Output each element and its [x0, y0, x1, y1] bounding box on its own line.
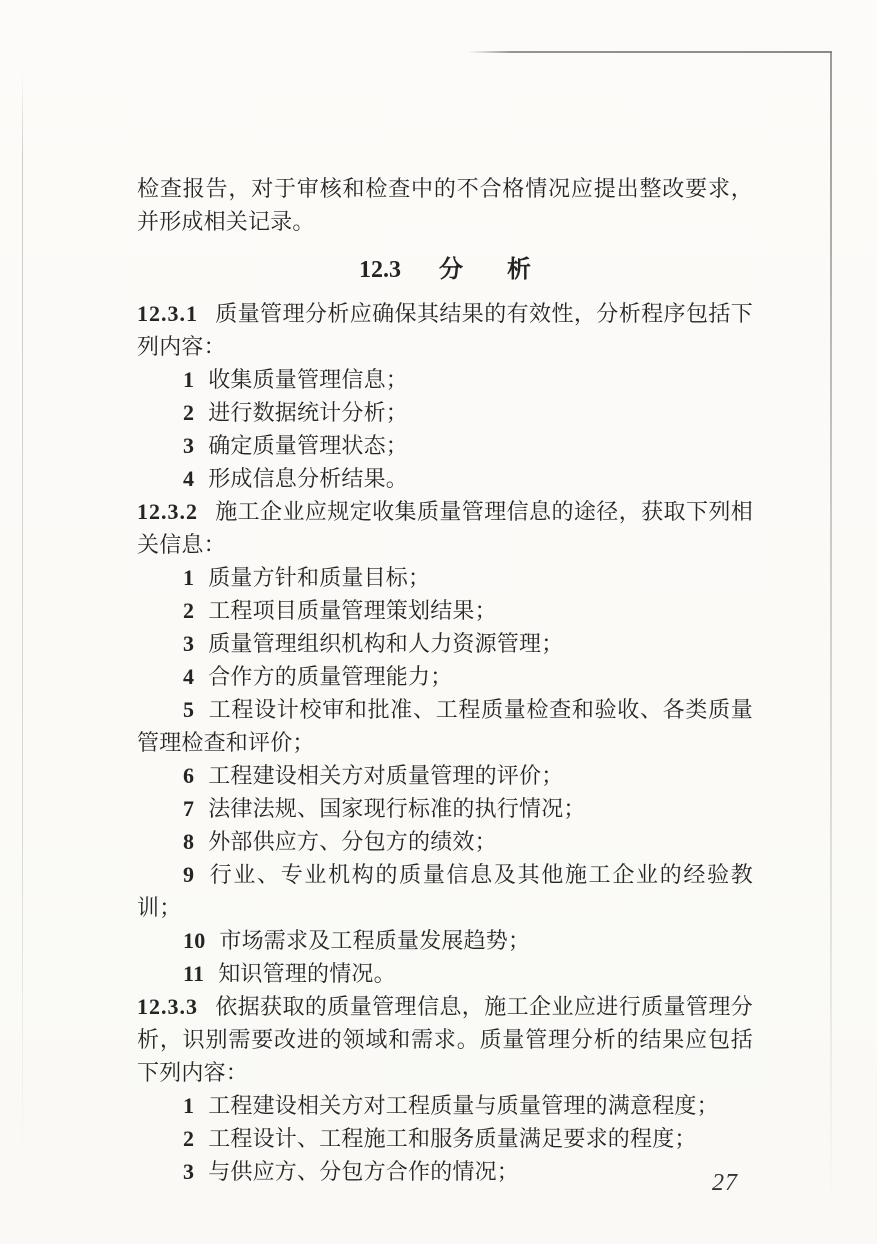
clause-item: 8外部供应方、分包方的绩效； [137, 825, 753, 858]
right-scan-edge-line [830, 52, 832, 1212]
clause-number: 12.3.3 [137, 994, 215, 1019]
clause-item: 5工程设计校审和批准、工程质量检查和验收、各类质量管理检查和评价； [137, 693, 753, 759]
item-text: 工程设计、工程施工和服务质量满足要求的程度； [208, 1126, 696, 1151]
intro-continuation-paragraph: 检查报告，对于审核和检查中的不合格情况应提出整改要求，并形成相关记录。 [137, 172, 753, 238]
item-text: 外部供应方、分包方的绩效； [208, 829, 497, 854]
item-text: 与供应方、分包方合作的情况； [208, 1159, 519, 1184]
section-heading-number: 12.3 [359, 257, 401, 283]
clause-item: 3确定质量管理状态； [137, 429, 753, 462]
top-scan-edge-line [468, 51, 832, 53]
clause-item: 4合作方的质量管理能力； [137, 660, 753, 693]
item-number: 3 [183, 433, 208, 458]
item-text: 收集质量管理信息； [208, 367, 408, 392]
section-heading: 12.3分析 [137, 253, 753, 287]
item-number: 5 [183, 697, 208, 722]
clause-item: 1工程建设相关方对工程质量与质量管理的满意程度； [137, 1089, 753, 1122]
clause-item: 11知识管理的情况。 [137, 957, 753, 990]
clause-text: 质量管理分析应确保其结果的有效性，分析程序包括下列内容： [137, 301, 753, 359]
item-number: 1 [183, 1093, 208, 1118]
clause-item: 2进行数据统计分析； [137, 396, 753, 429]
left-scan-edge-line [22, 72, 23, 1167]
item-number: 2 [183, 1126, 208, 1151]
section-heading-word1: 分 [439, 257, 463, 283]
clause-item: 4形成信息分析结果。 [137, 462, 753, 495]
item-text: 工程建设相关方对工程质量与质量管理的满意程度； [208, 1093, 719, 1118]
item-text: 合作方的质量管理能力； [208, 664, 452, 689]
item-text: 市场需求及工程质量发展趋势； [219, 928, 530, 953]
item-text: 工程项目质量管理策划结果； [208, 598, 497, 623]
item-text: 质量方针和质量目标； [208, 565, 430, 590]
item-text: 进行数据统计分析； [208, 400, 408, 425]
item-number: 1 [183, 367, 208, 392]
clause-12-3-3: 12.3.3依据获取的质量管理信息，施工企业应进行质量管理分析，识别需要改进的领… [137, 990, 753, 1089]
item-text: 质量管理组织机构和人力资源管理； [208, 631, 563, 656]
item-number: 3 [183, 1159, 208, 1184]
clause-item: 10市场需求及工程质量发展趋势； [137, 924, 753, 957]
item-number: 4 [183, 466, 208, 491]
item-number: 10 [183, 928, 219, 953]
scanned-document-page: 检查报告，对于审核和检查中的不合格情况应提出整改要求，并形成相关记录。 12.3… [0, 0, 877, 1244]
item-text: 工程建设相关方对质量管理的评价； [208, 763, 563, 788]
item-number: 9 [183, 862, 208, 887]
clause-12-3-2: 12.3.2施工企业应规定收集质量管理信息的途径，获取下列相关信息： [137, 495, 753, 561]
clause-number: 12.3.2 [137, 499, 215, 524]
page-number: 27 [712, 1170, 738, 1197]
clause-item: 3质量管理组织机构和人力资源管理； [137, 627, 753, 660]
clause-item: 1质量方针和质量目标； [137, 561, 753, 594]
item-number: 11 [183, 961, 218, 986]
item-number: 7 [183, 796, 208, 821]
clause-item: 3与供应方、分包方合作的情况； [137, 1155, 753, 1188]
clause-12-3-1: 12.3.1质量管理分析应确保其结果的有效性，分析程序包括下列内容： [137, 297, 753, 363]
clause-item: 7法律法规、国家现行标准的执行情况； [137, 792, 753, 825]
clause-item: 2工程项目质量管理策划结果； [137, 594, 753, 627]
section-heading-word2: 析 [507, 257, 531, 283]
item-number: 8 [183, 829, 208, 854]
clause-text: 施工企业应规定收集质量管理信息的途径，获取下列相关信息： [137, 499, 753, 557]
clause-item: 6工程建设相关方对质量管理的评价； [137, 759, 753, 792]
item-text: 形成信息分析结果。 [208, 466, 408, 491]
item-text: 知识管理的情况。 [218, 961, 396, 986]
item-text: 法律法规、国家现行标准的执行情况； [208, 796, 585, 821]
clause-number: 12.3.1 [137, 301, 215, 326]
clause-item: 1收集质量管理信息； [137, 363, 753, 396]
item-number: 4 [183, 664, 208, 689]
item-number: 1 [183, 565, 208, 590]
item-number: 6 [183, 763, 208, 788]
item-number: 2 [183, 400, 208, 425]
item-text: 确定质量管理状态； [208, 433, 408, 458]
clause-item: 9行业、专业机构的质量信息及其他施工企业的经验教训； [137, 858, 753, 924]
clause-text: 依据获取的质量管理信息，施工企业应进行质量管理分析，识别需要改进的领域和需求。质… [137, 994, 753, 1085]
item-text: 行业、专业机构的质量信息及其他施工企业的经验教训； [137, 862, 753, 920]
document-body: 检查报告，对于审核和检查中的不合格情况应提出整改要求，并形成相关记录。 12.3… [137, 172, 753, 1188]
item-text: 工程设计校审和批准、工程质量检查和验收、各类质量管理检查和评价； [137, 697, 753, 755]
item-number: 3 [183, 631, 208, 656]
clause-item: 2工程设计、工程施工和服务质量满足要求的程度； [137, 1122, 753, 1155]
item-number: 2 [183, 598, 208, 623]
